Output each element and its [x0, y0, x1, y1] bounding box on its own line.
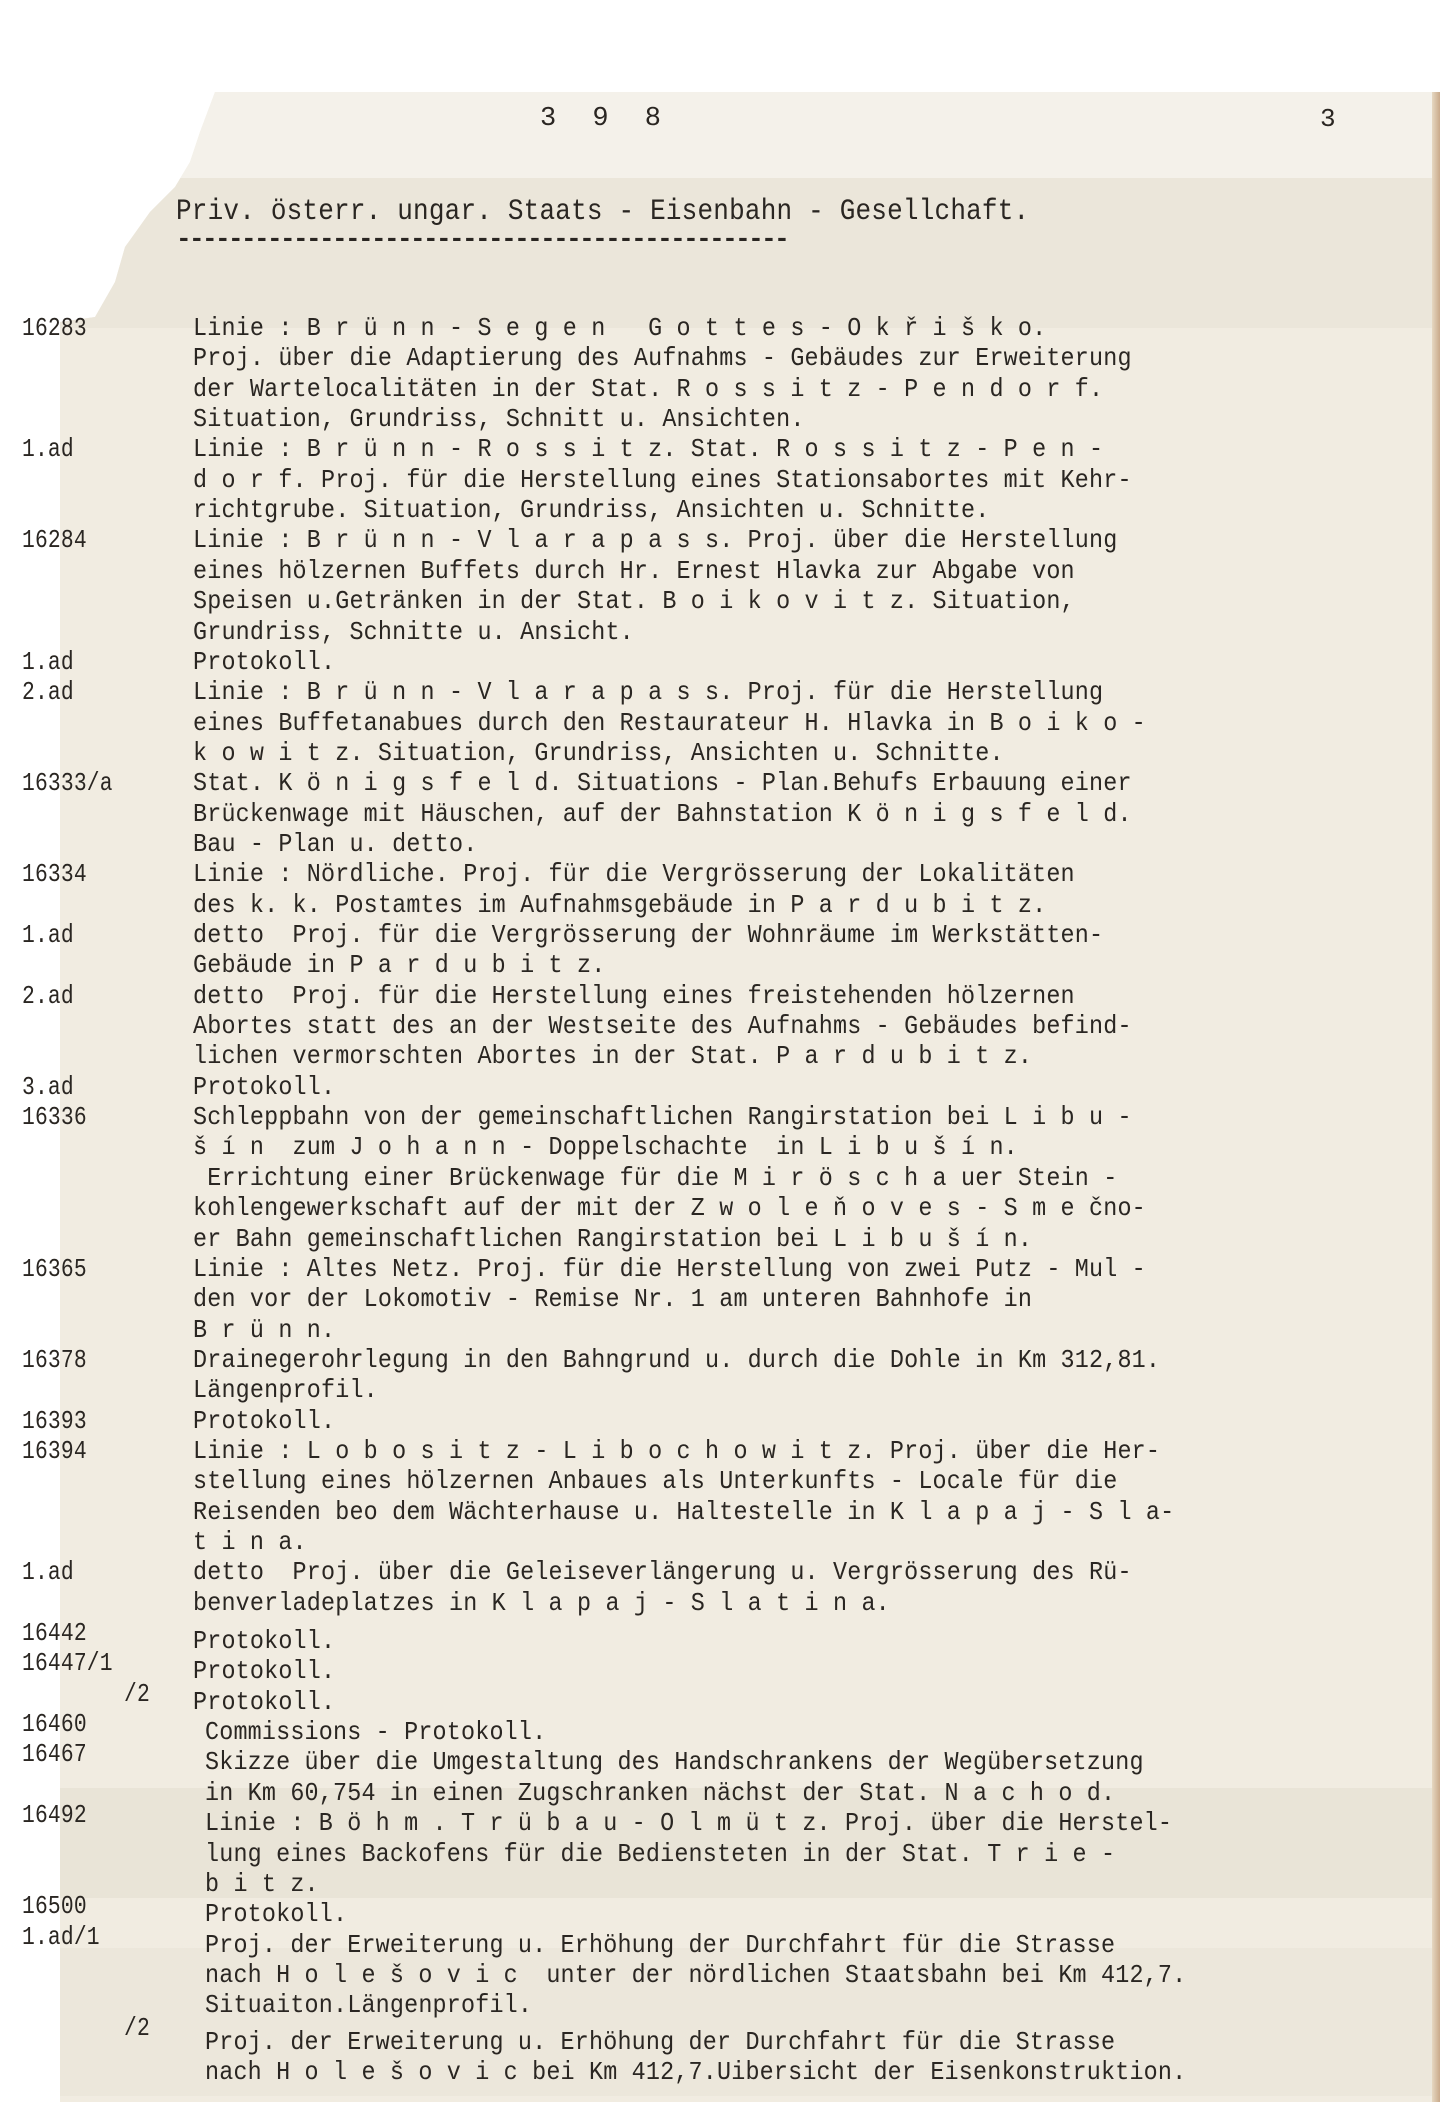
- entry-number: 16333/a: [22, 768, 113, 798]
- entry-text-line: detto Proj. für die Vergrösserung der Wo…: [193, 920, 1103, 950]
- entry-text-line: Errichtung einer Brückenwage für die M i…: [193, 1163, 1117, 1193]
- entry-text-line: Reisenden beo dem Wächterhause u. Haltes…: [193, 1497, 1174, 1527]
- entry-text-line: Situation, Grundriss, Schnitt u. Ansicht…: [193, 404, 805, 434]
- entry-number: 1.ad: [22, 920, 74, 950]
- entry-number: 16284: [22, 525, 87, 555]
- entry-number: 16442: [22, 1618, 87, 1648]
- entry-number: 1.ad: [22, 434, 74, 464]
- entry-text-line: b i t z.: [205, 1869, 319, 1899]
- entry-number: 16283: [22, 313, 87, 343]
- entry-text-line: detto Proj. für die Herstellung eines fr…: [193, 981, 1075, 1011]
- entry-text-line: Protokoll.: [193, 647, 335, 677]
- entry-text-line: Protokoll.: [205, 1899, 347, 1929]
- scan-band: [0, 92, 1440, 178]
- entry-number: 16492: [22, 1800, 87, 1830]
- entry-text-line: Schleppbahn von der gemeinschaftlichen R…: [193, 1102, 1132, 1132]
- entry-number: 16460: [22, 1709, 87, 1739]
- entry-number: 16447/1: [22, 1648, 113, 1678]
- entry-text-line: des k. k. Postamtes im Aufnahmsgebäude i…: [193, 890, 1046, 920]
- entry-text-line: den vor der Lokomotiv - Remise Nr. 1 am …: [193, 1284, 1032, 1314]
- entry-text-line: Brückenwage mit Häuschen, auf der Bahnst…: [193, 799, 1132, 829]
- entry-number: 16500: [22, 1891, 87, 1921]
- entry-text-line: in Km 60,754 in einen Zugschranken nächs…: [205, 1778, 1115, 1808]
- entry-text-line: Linie : B r ü n n - V l a r a p a s s. P…: [193, 677, 1103, 707]
- entry-text-line: Protokoll.: [193, 1072, 335, 1102]
- entry-number: 1.ad/1: [22, 1922, 100, 1952]
- entry-number: /2: [124, 1679, 150, 1709]
- entry-text-line: t i n a.: [193, 1527, 307, 1557]
- sheet-number: 3: [1320, 104, 1336, 134]
- entry-number: 16334: [22, 859, 87, 889]
- entry-number: 16394: [22, 1436, 87, 1466]
- entry-text-line: Proj. der Erweiterung u. Erhöhung der Du…: [205, 1930, 1115, 1960]
- entry-text-line: der Wartelocalitäten in der Stat. R o s …: [193, 374, 1103, 404]
- entry-text-line: Skizze über die Umgestaltung des Handsch…: [205, 1747, 1144, 1777]
- entry-text-line: eines Buffetanabues durch den Restaurate…: [193, 708, 1146, 738]
- entry-text-line: Commissions - Protokoll.: [205, 1717, 546, 1747]
- entry-text-line: Linie : L o b o s i t z - L i b o c h o …: [193, 1436, 1160, 1466]
- entry-text-line: Linie : B ö h m . T r ü b a u - O l m ü …: [205, 1808, 1172, 1838]
- entry-text-line: lichen vermorschten Abortes in der Stat.…: [193, 1041, 1032, 1071]
- entry-text-line: Protokoll.: [193, 1656, 335, 1686]
- entry-text-line: detto Proj. über die Geleiseverlängerung…: [193, 1557, 1132, 1587]
- entry-text-line: Abortes statt des an der Westseite des A…: [193, 1011, 1132, 1041]
- entry-number: /2: [124, 2013, 150, 2043]
- entry-number: 2.ad: [22, 677, 74, 707]
- entry-number: 1.ad: [22, 647, 74, 677]
- entry-text-line: benverladeplatzes in K l a p a j - S l a…: [193, 1588, 890, 1618]
- entry-text-line: Proj. über die Adaptierung des Aufnahms …: [193, 343, 1132, 373]
- entry-text-line: kohlengewerkschaft auf der mit der Z w o…: [193, 1193, 1146, 1223]
- entry-number: 16336: [22, 1102, 87, 1132]
- entry-text-line: d o r f. Proj. für die Herstellung eines…: [193, 465, 1132, 495]
- entry-text-line: Linie : Altes Netz. Proj. für die Herste…: [193, 1254, 1146, 1284]
- entry-text-line: Drainegerohrlegung in den Bahngrund u. d…: [193, 1345, 1160, 1375]
- entry-text-line: k o w i t z. Situation, Grundriss, Ansic…: [193, 738, 1004, 768]
- entry-text-line: er Bahn gemeinschaftlichen Rangirstation…: [193, 1224, 1032, 1254]
- entry-number: 1.ad: [22, 1557, 74, 1587]
- entry-text-line: richtgrube. Situation, Grundriss, Ansich…: [193, 495, 989, 525]
- entry-text-line: Linie : Nördliche. Proj. für die Vergrös…: [193, 859, 1075, 889]
- entry-text-line: Linie : B r ü n n - S e g e n G o t t e …: [193, 313, 1046, 343]
- entry-number: 16467: [22, 1739, 87, 1769]
- entry-text-line: lung eines Backofens für die Bedienstete…: [205, 1839, 1115, 1869]
- entry-text-line: Längenprofil.: [193, 1375, 378, 1405]
- entry-number: 16365: [22, 1254, 87, 1284]
- entry-text-line: Speisen u.Getränken in der Stat. B o i k…: [193, 586, 1075, 616]
- entry-text-line: Linie : B r ü n n - R o s s i t z. Stat.…: [193, 434, 1103, 464]
- entry-text-line: Grundriss, Schnitte u. Ansicht.: [193, 617, 634, 647]
- entry-number: 16393: [22, 1406, 87, 1436]
- entry-number: 2.ad: [22, 981, 74, 1011]
- entry-text-line: nach H o l e š o v i c bei Km 412,7.Uibe…: [205, 2057, 1186, 2087]
- entry-text-line: B r ü n n.: [193, 1315, 335, 1345]
- entry-text-line: š í n zum J o h a n n - Doppelschachte i…: [193, 1132, 1018, 1162]
- entry-text-line: Linie : B r ü n n - V l a r a p a s s. P…: [193, 525, 1117, 555]
- entry-text-line: Protokoll.: [193, 1406, 335, 1436]
- page-number: 3 9 8: [540, 104, 671, 134]
- entry-text-line: Proj. der Erweiterung u. Erhöhung der Du…: [205, 2027, 1115, 2057]
- entry-text-line: Protokoll.: [193, 1626, 335, 1656]
- entry-text-line: nach H o l e š o v i c unter der nördlic…: [205, 1960, 1186, 1990]
- entry-number: 3.ad: [22, 1072, 74, 1102]
- entry-text-line: stellung eines hölzernen Anbaues als Unt…: [193, 1466, 1117, 1496]
- entry-text-line: Protokoll.: [193, 1687, 335, 1717]
- entry-text-line: Situaiton.Längenprofil.: [205, 1990, 532, 2020]
- entry-text-line: Stat. K ö n i g s f e l d. Situations - …: [193, 768, 1132, 798]
- entry-text-line: Bau - Plan u. detto.: [193, 829, 477, 859]
- entry-text-line: Gebäude in P a r d u b i t z.: [193, 950, 605, 980]
- heading-underline: ----------------------------------------…: [176, 224, 787, 254]
- entry-number: 16378: [22, 1345, 87, 1375]
- entry-text-line: eines hölzernen Buffets durch Hr. Ernest…: [193, 556, 1075, 586]
